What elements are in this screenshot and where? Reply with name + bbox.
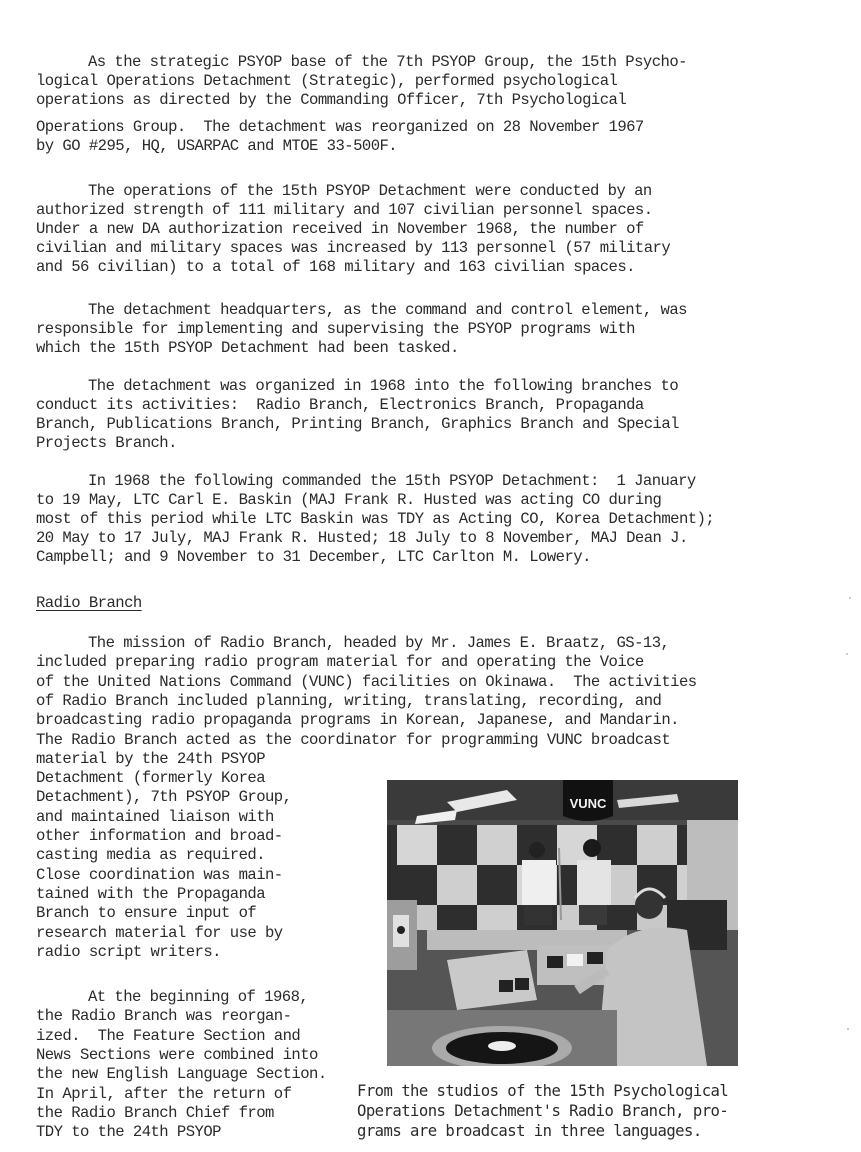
section-heading-radio-branch: Radio Branch xyxy=(36,594,142,613)
paragraph-line: authorized strength of 111 military and … xyxy=(36,201,653,220)
paragraph-line: the new English Language Section. xyxy=(36,1065,327,1084)
paragraph-line: The operations of the 15th PSYOP Detachm… xyxy=(88,182,652,201)
paragraph-line: Operations Group. The detachment was reo… xyxy=(36,118,644,137)
caption-line: grams are broadcast in three languages. xyxy=(357,1122,702,1141)
turntable xyxy=(387,1010,617,1066)
paragraph-line: to 19 May, LTC Carl E. Baskin (MAJ Frank… xyxy=(36,491,661,510)
paragraph-line: and 56 civilian) to a total of 168 milit… xyxy=(36,258,635,277)
paragraph-line: by GO #295, HQ, USARPAC and MTOE 33-500F… xyxy=(36,137,397,156)
svg-text:VUNC: VUNC xyxy=(570,796,607,811)
paragraph-line: Projects Branch. xyxy=(36,434,177,453)
paragraph-line: News Sections were combined into xyxy=(36,1046,318,1065)
paragraph-line: research material for use by xyxy=(36,924,283,943)
paragraph-line: Branch to ensure input of xyxy=(36,904,256,923)
paragraph-line: civilian and military spaces was increas… xyxy=(36,239,670,258)
paragraph-line: 20 May to 17 July, MAJ Frank R. Husted; … xyxy=(36,529,688,548)
scan-speck xyxy=(846,653,848,655)
paragraph-line: At the beginning of 1968, xyxy=(88,988,308,1007)
paragraph-line: radio script writers. xyxy=(36,943,221,962)
paragraph-line: included preparing radio program materia… xyxy=(36,653,644,672)
paragraph-line: Detachment (formerly Korea xyxy=(36,769,265,788)
caption-line: Operations Detachment's Radio Branch, pr… xyxy=(357,1102,728,1121)
paragraph-line: As the strategic PSYOP base of the 7th P… xyxy=(88,53,687,72)
paragraph-line: tained with the Propaganda xyxy=(36,885,265,904)
paragraph-line: operations as directed by the Commanding… xyxy=(36,91,626,110)
paragraph-line: TDY to the 24th PSYOP xyxy=(36,1123,221,1142)
radio-studio-photo: VUNC xyxy=(387,780,738,1066)
paragraph-line: material by the 24th PSYOP xyxy=(36,750,265,769)
paragraph-line: casting media as required. xyxy=(36,846,265,865)
vunc-sign: VUNC xyxy=(563,780,613,821)
studio-photo-illustration: VUNC xyxy=(387,780,738,1066)
paragraph-line: of Radio Branch included planning, writi… xyxy=(36,692,661,711)
paragraph-line: The detachment was organized in 1968 int… xyxy=(88,377,678,396)
paragraph-line: the Radio Branch Chief from xyxy=(36,1104,274,1123)
paragraph-line: most of this period while LTC Baskin was… xyxy=(36,510,714,529)
paragraph-line: broadcasting radio propaganda programs i… xyxy=(36,711,679,730)
paragraph-line: The Radio Branch acted as the coordinato… xyxy=(36,731,670,750)
paragraph-line: Campbell; and 9 November to 31 December,… xyxy=(36,548,591,567)
scan-speck xyxy=(849,597,851,599)
paragraph-line: Close coordination was main- xyxy=(36,866,283,885)
paragraph-line: conduct its activities: Radio Branch, El… xyxy=(36,396,644,415)
paragraph-line: and maintained liaison with xyxy=(36,808,274,827)
paragraph-line: The detachment headquarters, as the comm… xyxy=(88,301,687,320)
paragraph-line: logical Operations Detachment (Strategic… xyxy=(36,72,617,91)
paragraph-line: the Radio Branch was reorgan- xyxy=(36,1007,291,1026)
paragraph-line: which the 15th PSYOP Detachment had been… xyxy=(36,339,459,358)
paragraph-line: Branch, Publications Branch, Printing Br… xyxy=(36,415,679,434)
paragraph-line: In April, after the return of xyxy=(36,1085,291,1104)
paragraph-line: Under a new DA authorization received in… xyxy=(36,220,644,239)
paragraph-line: other information and broad- xyxy=(36,827,283,846)
paragraph-line: responsible for implementing and supervi… xyxy=(36,320,635,339)
paragraph-line: In 1968 the following commanded the 15th… xyxy=(88,472,696,491)
paragraph-line: Detachment), 7th PSYOP Group, xyxy=(36,788,291,807)
caption-line: From the studios of the 15th Psychologic… xyxy=(357,1082,728,1101)
paragraph-line: ized. The Feature Section and xyxy=(36,1027,300,1046)
scan-speck xyxy=(847,1028,849,1030)
paragraph-line: The mission of Radio Branch, headed by M… xyxy=(88,634,669,653)
paragraph-line: of the United Nations Command (VUNC) fac… xyxy=(36,673,697,692)
